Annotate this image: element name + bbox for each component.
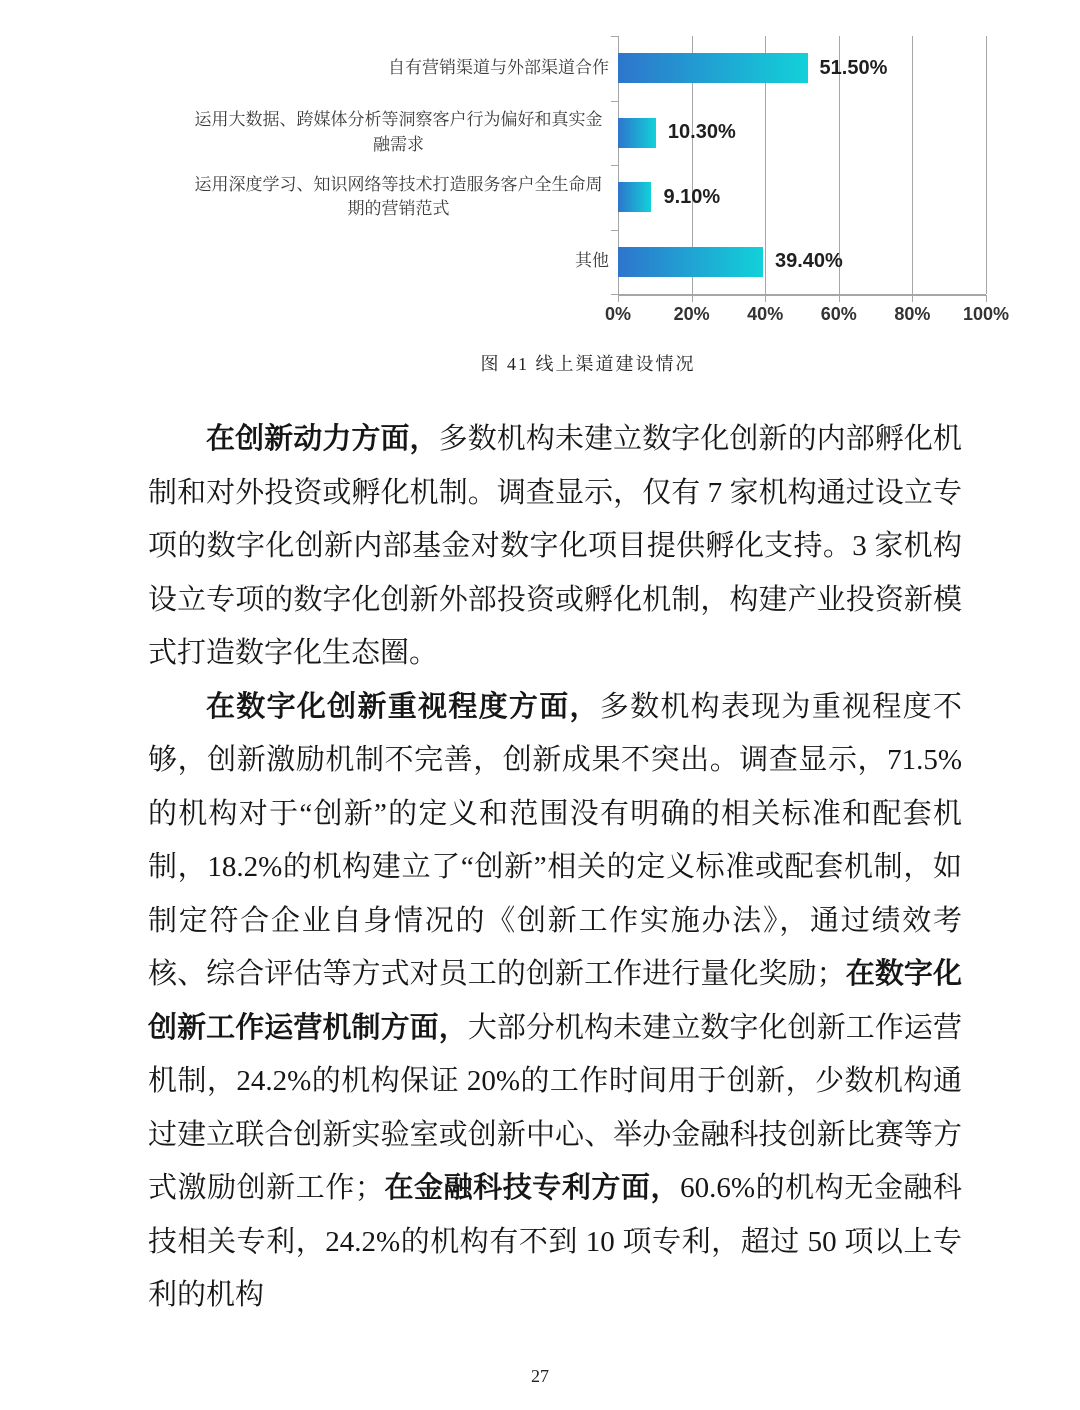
paragraph-text-segment: 多数机构未建立数字化创新的内部孵化机制和对外投资或孵化机制。调查显示，仅有 7 …	[148, 423, 962, 669]
category-label: 自有营销渠道与外部渠道合作	[188, 56, 618, 81]
gridline	[986, 36, 987, 294]
paragraph-text-segment: 多数机构表现为重视程度不够，创新激励机制不完善，创新成果不突出。调查显示，71.…	[148, 691, 962, 991]
document-page: 自有营销渠道与外部渠道合作51.50%运用大数据、跨媒体分析等洞察客户行为偏好和…	[0, 0, 1080, 1410]
x-axis-labels: 0%20%40%60%80%100%	[618, 304, 986, 328]
bar-track: 9.10%	[618, 165, 986, 230]
bar	[618, 182, 651, 212]
bar-track: 51.50%	[618, 36, 986, 101]
x-axis-tick	[912, 295, 913, 302]
bar-track: 10.30%	[618, 101, 986, 166]
category-label-text: 运用深度学习、知识网络等技术打造服务客户全生命周期的营销范式	[188, 173, 609, 222]
category-label: 运用大数据、跨媒体分析等洞察客户行为偏好和真实金融需求	[188, 108, 618, 157]
category-label-text: 其他	[575, 249, 609, 274]
paragraph: 在创新动力方面，多数机构未建立数字化创新的内部孵化机制和对外投资或孵化机制。调查…	[148, 413, 962, 681]
x-axis-tick	[839, 295, 840, 302]
category-label-text: 运用大数据、跨媒体分析等洞察客户行为偏好和真实金融需求	[188, 108, 609, 157]
paragraph: 在数字化创新重视程度方面，多数机构表现为重视程度不够，创新激励机制不完善，创新成…	[148, 681, 962, 1323]
x-axis-tick-label: 0%	[605, 304, 631, 325]
bar	[618, 53, 808, 83]
x-axis-tick	[986, 295, 987, 302]
x-axis-tick	[765, 295, 766, 302]
bar-chart: 自有营销渠道与外部渠道合作51.50%运用大数据、跨媒体分析等洞察客户行为偏好和…	[188, 36, 988, 376]
x-axis-tick-label: 40%	[747, 304, 783, 325]
bar	[618, 118, 656, 148]
chart-canvas: 自有营销渠道与外部渠道合作51.50%运用大数据、跨媒体分析等洞察客户行为偏好和…	[188, 36, 988, 328]
x-axis-tick-label: 80%	[894, 304, 930, 325]
x-axis-tick-label: 20%	[674, 304, 710, 325]
y-axis-tick	[611, 294, 618, 295]
category-label: 运用深度学习、知识网络等技术打造服务客户全生命周期的营销范式	[188, 173, 618, 222]
bar-value-label: 39.40%	[775, 250, 843, 273]
paragraph-heading-segment: 在创新动力方面，	[206, 423, 439, 455]
bar-value-label: 51.50%	[820, 57, 888, 80]
chart-caption: 图 41 线上渠道建设情况	[188, 350, 988, 376]
bar-value-label: 9.10%	[663, 186, 720, 209]
page-number: 27	[0, 1366, 1080, 1387]
chart-row: 自有营销渠道与外部渠道合作51.50%	[188, 36, 986, 101]
chart-rows: 自有营销渠道与外部渠道合作51.50%运用大数据、跨媒体分析等洞察客户行为偏好和…	[188, 36, 986, 294]
x-axis-tick-label: 60%	[821, 304, 857, 325]
paragraph-heading-segment: 在金融科技专利方面，	[384, 1172, 680, 1204]
x-axis-tick	[692, 295, 693, 302]
bar	[618, 247, 763, 277]
bar-track: 39.40%	[618, 230, 986, 295]
bar-value-label: 10.30%	[668, 121, 736, 144]
x-axis-tick-label: 100%	[963, 304, 1009, 325]
chart-row: 运用大数据、跨媒体分析等洞察客户行为偏好和真实金融需求10.30%	[188, 101, 986, 166]
chart-row: 运用深度学习、知识网络等技术打造服务客户全生命周期的营销范式9.10%	[188, 165, 986, 230]
body-text: 在创新动力方面，多数机构未建立数字化创新的内部孵化机制和对外投资或孵化机制。调查…	[148, 413, 962, 1323]
category-label-text: 自有营销渠道与外部渠道合作	[388, 56, 609, 81]
chart-row: 其他39.40%	[188, 230, 986, 295]
x-axis-tick	[618, 295, 619, 302]
category-label: 其他	[188, 249, 618, 274]
paragraph-heading-segment: 在数字化创新重视程度方面，	[206, 691, 600, 723]
